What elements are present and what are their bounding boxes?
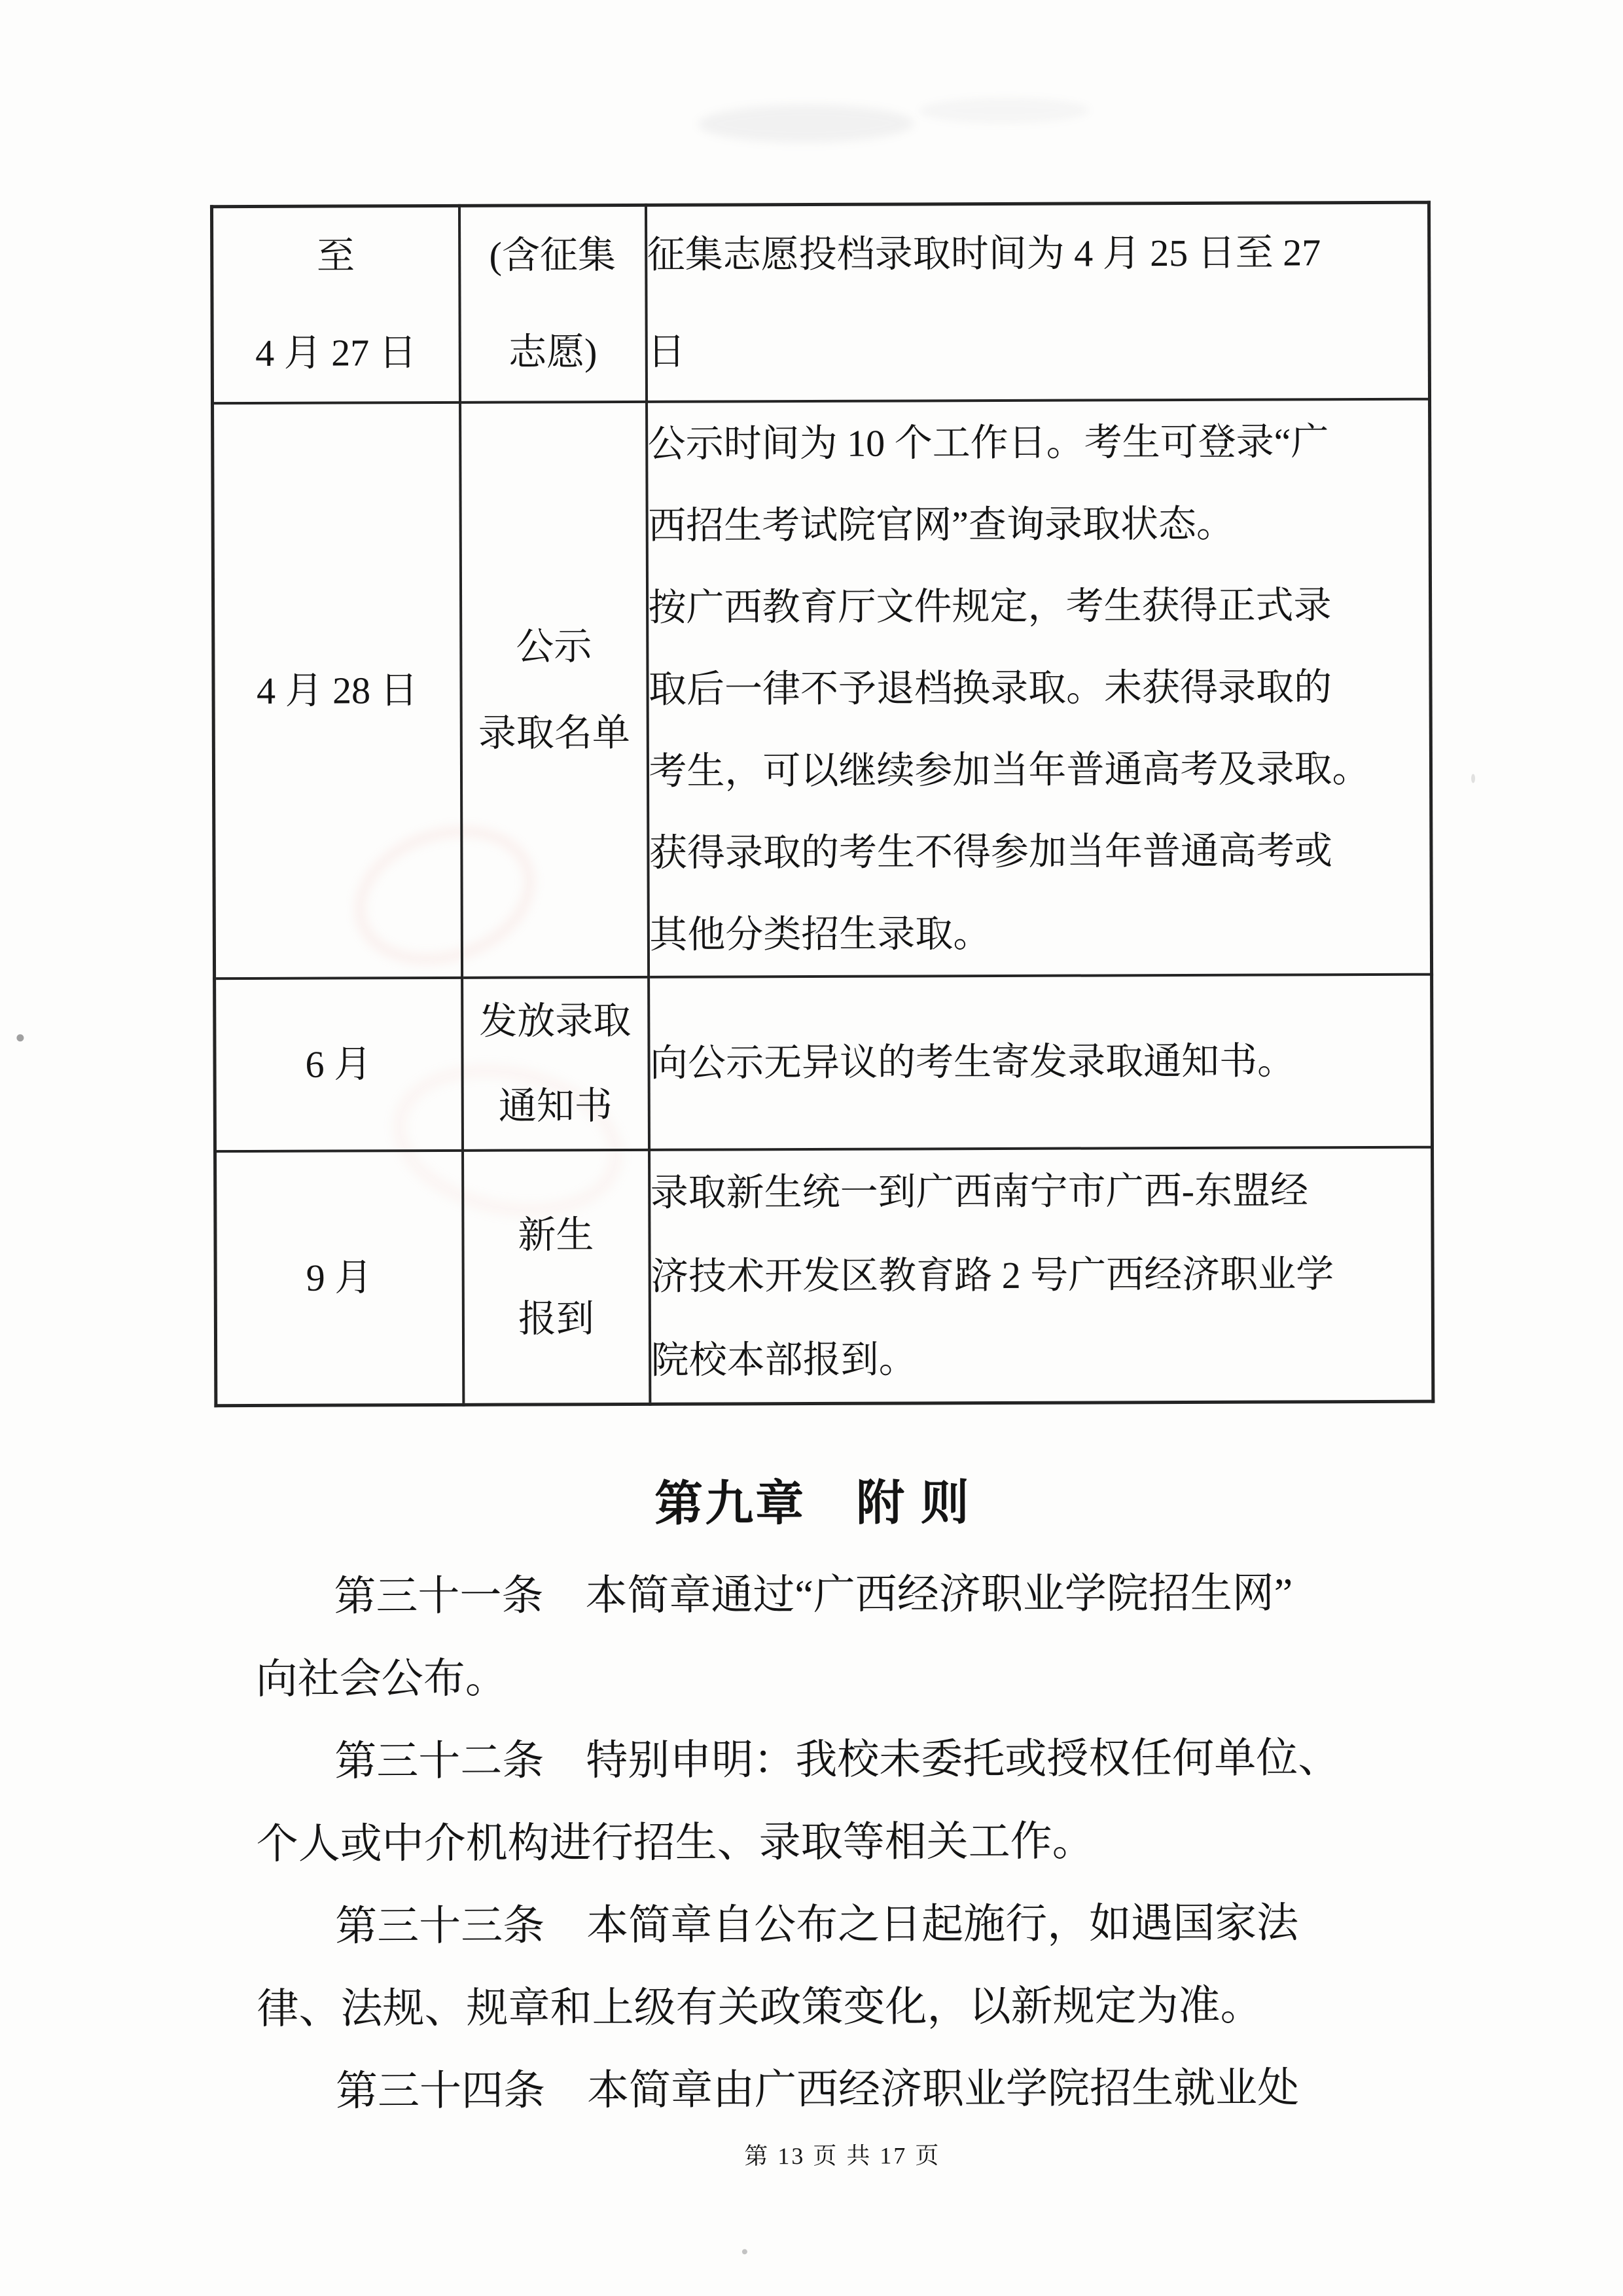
cell-desc: 录取新生统一到广西南宁市广西-东盟经 济技术开发区教育路 2 号广西经济职业学 … bbox=[649, 1147, 1433, 1405]
cell-stage: 新生 报到 bbox=[463, 1150, 650, 1405]
scan-speck bbox=[1471, 774, 1475, 783]
cell-date: 4 月 28 日 bbox=[213, 403, 462, 978]
page-footer: 第 13 页 共 17 页 bbox=[31, 2135, 1623, 2174]
article-paragraph-31: 第三十一条 本简章通过“广西经济职业学院招生网” 向社会公布。 bbox=[255, 1552, 1434, 1721]
scan-speck bbox=[742, 2249, 747, 2254]
cell-date: 6 月 bbox=[215, 978, 463, 1151]
cell-stage: 公示 录取名单 bbox=[460, 402, 649, 978]
table-row: 9 月 新生 报到 录取新生统一到广西南宁市广西-东盟经 济技术开发区教育路 2… bbox=[215, 1147, 1433, 1406]
page-content: 至 4 月 27 日 (含征集 志愿) 征集志愿投档录取时间为 4 月 25 日… bbox=[0, 0, 1623, 2296]
article-paragraph-33: 第三十三条 本简章自公布之日起施行，如遇国家法 律、法规、规章和上级有关政策变化… bbox=[257, 1882, 1435, 2051]
cell-date: 至 4 月 27 日 bbox=[211, 206, 459, 403]
scan-speck bbox=[16, 1034, 24, 1041]
scan-smudge bbox=[698, 104, 914, 143]
table-row: 至 4 月 27 日 (含征集 志愿) 征集志愿投档录取时间为 4 月 25 日… bbox=[211, 202, 1429, 403]
cell-stage: (含征集 志愿) bbox=[459, 205, 646, 402]
table-row: 4 月 28 日 公示 录取名单 公示时间为 10 个工作日。考生可登录“广 西… bbox=[213, 399, 1432, 978]
admission-schedule-table: 至 4 月 27 日 (含征集 志愿) 征集志愿投档录取时间为 4 月 25 日… bbox=[210, 201, 1435, 1407]
document-page: 至 4 月 27 日 (含征集 志愿) 征集志愿投档录取时间为 4 月 25 日… bbox=[0, 0, 1623, 2296]
table-row: 6 月 发放录取 通知书 向公示无异议的考生寄发录取通知书。 bbox=[215, 975, 1433, 1151]
cell-desc: 征集志愿投档录取时间为 4 月 25 日至 27 日 bbox=[645, 202, 1429, 402]
article-paragraph-34: 第三十四条 本简章由广西经济职业学院招生就业处 bbox=[257, 2047, 1435, 2133]
scan-smudge bbox=[919, 98, 1089, 124]
cell-date: 9 月 bbox=[215, 1151, 463, 1406]
cell-stage: 发放录取 通知书 bbox=[462, 977, 649, 1151]
article-body: 第三十一条 本简章通过“广西经济职业学院招生网” 向社会公布。 第三十二条 特别… bbox=[255, 1552, 1435, 2133]
cell-desc: 向公示无异议的考生寄发录取通知书。 bbox=[649, 975, 1433, 1150]
article-paragraph-32: 第三十二条 特别申明：我校未委托或授权任何单位、 个人或中介机构进行招生、录取等… bbox=[256, 1717, 1435, 1886]
cell-desc: 公示时间为 10 个工作日。考生可登录“广 西招生考试院官网”查询录取状态。 按… bbox=[647, 399, 1432, 977]
chapter-heading: 第九章 附 则 bbox=[1, 1462, 1623, 1537]
